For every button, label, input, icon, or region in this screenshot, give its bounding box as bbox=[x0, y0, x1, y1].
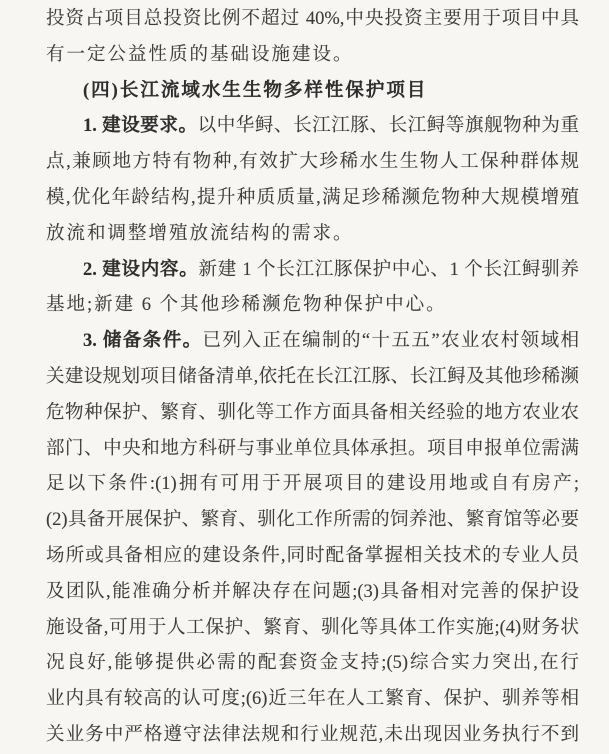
text-line: 模,优化年龄结构,提升种质质量,满足珍稀濒危物种大规模增殖 bbox=[46, 181, 579, 217]
document-text-block: 投资占项目总投资比例不超过 40%,中央投资主要用于项目中具有一定公益性质的基础… bbox=[46, 2, 579, 754]
text-line: 危物种保护、繁育、驯化等工作方面具备相关经验的地方农业农村 bbox=[46, 396, 579, 432]
text-line: 关业务中严格遵守法律法规和行业规范,未出现因业务执行不到 bbox=[46, 718, 579, 754]
paragraph-heading: 2. 建设内容。 bbox=[83, 260, 199, 280]
text-line: (2)具备开展保护、繁育、驯化工作所需的饲养池、繁育馆等必要 bbox=[46, 503, 579, 539]
text-line: 场所或具备相应的建设条件,同时配备掌握相关技术的专业人员 bbox=[46, 539, 579, 575]
text-line: 有一定公益性质的基础设施建设。 bbox=[46, 38, 579, 74]
text-line: 关建设规划项目储备清单,依托在长江江豚、长江鲟及其他珍稀濒 bbox=[46, 360, 579, 396]
text-line: 况良好,能够提供必需的配套资金支持;(5)综合实力突出,在行 bbox=[46, 646, 579, 682]
text-line: 足以下条件:(1)拥有可用于开展项目的建设用地或自有房产; bbox=[46, 467, 579, 503]
text-line: 部门、中央和地方科研与事业单位具体承担。项目申报单位需满 bbox=[46, 432, 579, 468]
text-line: 投资占项目总投资比例不超过 40%,中央投资主要用于项目中具 bbox=[46, 2, 579, 38]
text-line: 2. 建设内容。新建 1 个长江江豚保护中心、1 个长江鲟驯养 bbox=[46, 253, 579, 289]
text-line: 业内具有较高的认可度;(6)近三年在人工繁育、保护、驯养等相 bbox=[46, 682, 579, 718]
text-line: 基地;新建 6 个其他珍稀濒危物种保护中心。 bbox=[46, 288, 579, 324]
text-line: 施设备,可用于人工保护、繁育、驯化等具体工作实施;(4)财务状 bbox=[46, 611, 579, 647]
paragraph-heading: 1. 建设要求。 bbox=[83, 116, 198, 136]
text-line: 点,兼顾地方特有物种,有效扩大珍稀水生生物人工保种群体规 bbox=[46, 145, 579, 181]
text-line: 3. 储备条件。已列入正在编制的“十五五”农业农村领域相 bbox=[46, 324, 579, 360]
text-line: 1. 建设要求。以中华鲟、长江江豚、长江鲟等旗舰物种为重 bbox=[46, 109, 579, 145]
document-page: 投资占项目总投资比例不超过 40%,中央投资主要用于项目中具有一定公益性质的基础… bbox=[0, 0, 609, 754]
text-line: 及团队,能准确分析并解决存在问题;(3)具备相对完善的保护设 bbox=[46, 575, 579, 611]
text-line: 放流和调整增殖放流结构的需求。 bbox=[46, 217, 579, 253]
paragraph-heading: 3. 储备条件。 bbox=[83, 331, 203, 351]
text-line: (四)长江流域水生生物多样性保护项目 bbox=[46, 74, 579, 110]
